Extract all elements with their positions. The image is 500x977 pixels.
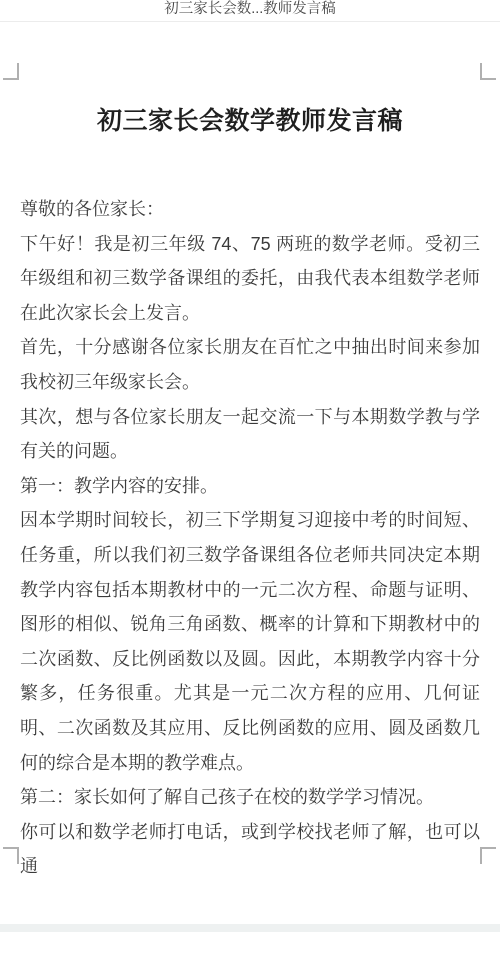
page-separator: [0, 924, 500, 932]
paragraph-contact: 你可以和数学老师打电话，或到学校找老师了解，也可以通: [20, 815, 480, 884]
document-title: 初三家长会数学教师发言稿: [0, 22, 500, 137]
document-page-1[interactable]: 初三家长会数学教师发言稿 尊敬的各位家长： 下午好！我是初三年级 74、75 两…: [0, 22, 500, 924]
paragraph-heading-first: 第一：教学内容的安排。: [20, 469, 480, 504]
paragraph-salutation: 尊敬的各位家长：: [20, 192, 480, 227]
document-page-2[interactable]: [0, 932, 500, 977]
margin-mark-bottom-left-icon: [3, 847, 19, 864]
margin-mark-bottom-right-icon: [480, 847, 496, 864]
document-body: 尊敬的各位家长： 下午好！我是初三年级 74、75 两班的数学老师。受初三年级组…: [20, 192, 480, 884]
paragraph-thanks: 首先，十分感谢各位家长朋友在百忙之中抽出时间来参加我校初三年级家长会。: [20, 330, 480, 399]
app-header: 初三家长会数...教师发言稿: [0, 0, 500, 22]
paragraph-heading-second: 第二：家长如何了解自己孩子在校的数学学习情况。: [20, 780, 480, 815]
paragraph-purpose: 其次，想与各位家长朋友一起交流一下与本期数学教与学有关的问题。: [20, 400, 480, 469]
margin-mark-top-right-icon: [480, 63, 496, 80]
window-title: 初三家长会数...教师发言稿: [164, 0, 336, 19]
margin-mark-top-left-icon: [3, 63, 19, 80]
paragraph-teaching-content: 因本学期时间较长，初三下学期复习迎接中考的时间短、任务重，所以我们初三数学备课组…: [20, 503, 480, 780]
paragraph-intro: 下午好！我是初三年级 74、75 两班的数学老师。受初三年级组和初三数学备课组的…: [20, 227, 480, 331]
